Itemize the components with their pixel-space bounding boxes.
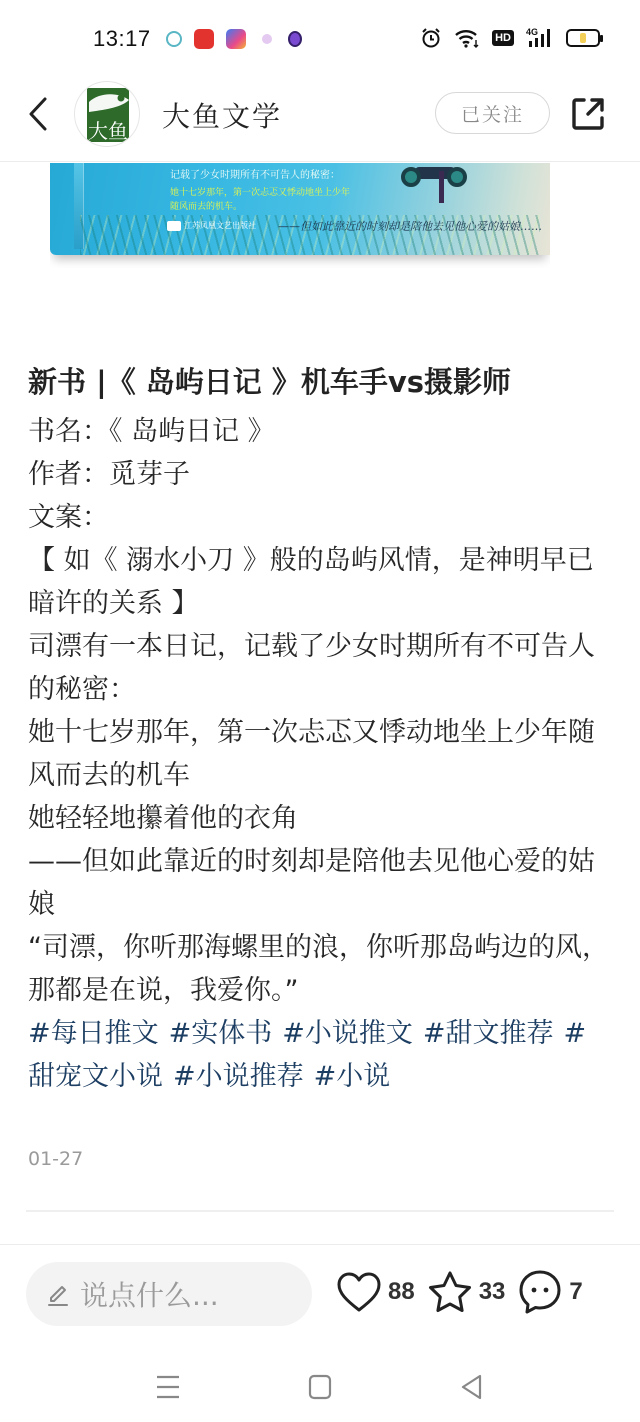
synopsis-paragraph: 【 如《 溺水小刀 》般的岛屿风情，是神明早已暗许的关系 】: [28, 539, 612, 625]
cover-text: 她十七岁那年，第一次忐忑又悸动地坐上少年: [170, 185, 350, 198]
motorcycle-illustration: [395, 163, 475, 191]
synopsis-paragraph: ——但如此靠近的时刻却是陪他去见他心爱的姑娘: [28, 840, 612, 926]
menu-icon: [155, 1374, 181, 1400]
cover-text: 记载了少女时期所有不可告人的秘密：: [170, 166, 340, 181]
hd-icon: HD: [492, 30, 514, 46]
author: 作者：觅芽子: [28, 453, 612, 496]
reaction-buttons: 88 33 7: [336, 1269, 595, 1315]
header: 大鱼 大鱼文学 已关注: [0, 76, 640, 162]
news-app-icon: [194, 29, 214, 49]
article-title: 新书 |《 岛屿日记 》机车手vs摄影师: [28, 358, 612, 406]
cover-text: 随风而去的机车。: [170, 199, 242, 212]
cover-handwriting: ——但如此靠近的时刻却是陪他去见他心爱的姑娘……: [278, 218, 542, 234]
publisher-icon: [167, 221, 181, 231]
favorite-count: 33: [479, 1278, 506, 1306]
chevron-left-icon: [27, 96, 49, 132]
clock: 13:17: [93, 26, 151, 52]
svg-text:大鱼: 大鱼: [88, 119, 128, 143]
back-nav-button[interactable]: [452, 1370, 492, 1404]
publisher-logo: 江苏凤凰文艺出版社: [167, 220, 256, 231]
sparkle-app-icon: [262, 34, 272, 44]
notification-icons: [166, 29, 302, 49]
hashtag-link[interactable]: #甜文推荐: [423, 1018, 554, 1049]
comment-input[interactable]: 说点什么...: [26, 1262, 312, 1326]
colorful-app-icon: [226, 29, 246, 49]
comment-button[interactable]: 7: [517, 1269, 582, 1315]
purple-app-icon: [288, 31, 302, 47]
article: 新书 |《 岛屿日记 》机车手vs摄影师 书名：《 岛屿日记 》 作者：觅芽子 …: [28, 358, 612, 1098]
account-name[interactable]: 大鱼文学: [162, 95, 282, 135]
recents-button[interactable]: [148, 1370, 188, 1404]
article-body: 书名：《 岛屿日记 》 作者：觅芽子 文案： 【 如《 溺水小刀 》般的岛屿风情…: [28, 410, 612, 1098]
hashtag-link[interactable]: #小说: [314, 1061, 391, 1092]
book-name: 书名：《 岛屿日记 》: [28, 410, 612, 453]
star-icon: [427, 1270, 473, 1314]
synopsis-paragraph: 司漂有一本日记，记载了少女时期所有不可告人的秘密：: [28, 625, 612, 711]
comment-count: 7: [569, 1278, 582, 1306]
divider: [26, 1210, 614, 1212]
synopsis-paragraph: 她轻轻地攥着他的衣角: [28, 797, 612, 840]
hashtag-link[interactable]: #每日推文: [28, 1018, 159, 1049]
svg-text:4G: 4G: [526, 27, 538, 37]
synopsis-paragraph: 她十七岁那年，第一次忐忑又悸动地坐上少年随风而去的机车: [28, 711, 612, 797]
like-button[interactable]: 88: [336, 1271, 415, 1313]
cover-art: 记载了少女时期所有不可告人的秘密： 她十七岁那年，第一次忐忑又悸动地坐上少年 随…: [50, 163, 550, 255]
heart-icon: [336, 1271, 382, 1313]
like-count: 88: [388, 1278, 415, 1306]
hashtag-link[interactable]: #小说推荐: [173, 1061, 304, 1092]
wifi-icon: [454, 27, 480, 49]
signal-4g-icon: 4G: [526, 27, 554, 49]
favorite-button[interactable]: 33: [427, 1270, 506, 1314]
pencil-icon: [46, 1281, 70, 1307]
hashtag-link[interactable]: #小说推文: [282, 1018, 413, 1049]
home-icon: [308, 1374, 332, 1400]
synopsis-label: 文案：: [28, 496, 612, 539]
share-button[interactable]: [568, 94, 608, 134]
system-icons: HD 4G: [420, 27, 600, 49]
hashtags: #每日推文#实体书#小说推文#甜文推荐#甜宠文小说#小说推荐#小说: [28, 1012, 612, 1098]
battery-icon: [566, 29, 600, 47]
system-nav-bar: [0, 1352, 640, 1422]
hashtag-link[interactable]: #实体书: [169, 1018, 273, 1049]
fish-logo-icon: 大鱼: [75, 82, 140, 147]
quote-paragraph: “司漂，你听那海螺里的浪，你听那岛屿边的风，那都是在说，我爱你。”: [28, 926, 612, 1012]
comment-placeholder: 说点什么...: [80, 1274, 219, 1314]
book-cover-image[interactable]: 记载了少女时期所有不可告人的秘密： 她十七岁那年，第一次忐忑又悸动地坐上少年 随…: [50, 163, 550, 268]
share-icon: [570, 96, 606, 132]
avatar[interactable]: 大鱼: [74, 81, 140, 147]
action-bar: 说点什么... 88 33 7: [0, 1244, 640, 1344]
following-button[interactable]: 已关注: [435, 92, 550, 134]
cloud-app-icon: [166, 31, 182, 47]
back-button[interactable]: [22, 94, 54, 134]
alarm-icon: [420, 27, 442, 49]
post-date: 01-27: [28, 1148, 83, 1170]
chat-bubble-icon: [517, 1269, 563, 1315]
home-button[interactable]: [300, 1370, 340, 1404]
back-triangle-icon: [460, 1374, 484, 1400]
status-bar: 13:17 HD 4G: [0, 0, 640, 76]
